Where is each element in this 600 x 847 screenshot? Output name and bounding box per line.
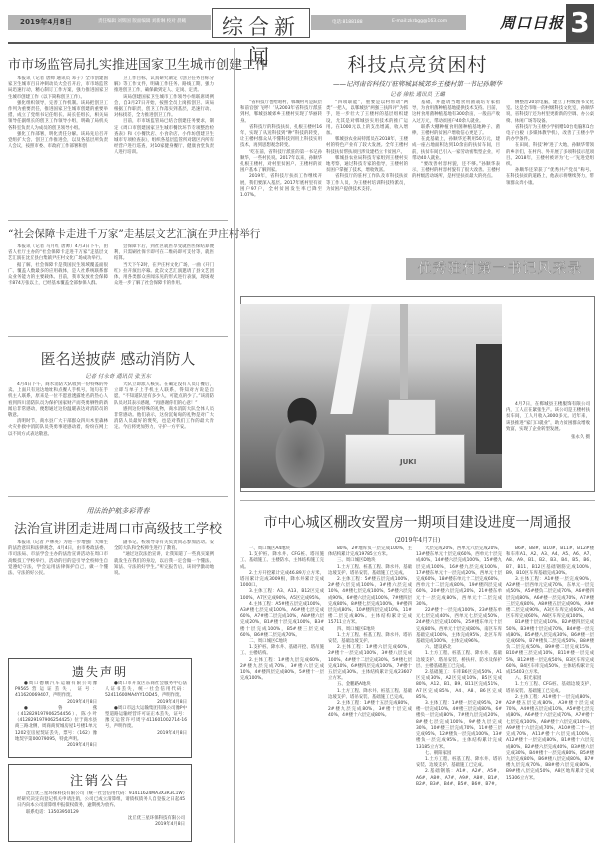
paragraph: 1.土方工程、桩基工程、降水井、基础边坡支护、塔吊安装、桥扶杆、防水及保护层、主… [416,651,502,670]
paragraph: 3.主体工程：1#楼一层完成95%，2#楼一层完成10%，4#楼三层完成80%，… [416,701,502,751]
contact-email: E-mail:zkrbgg@163.com [392,19,447,24]
notice-date: 2019年4月8日 [105,731,187,737]
paragraph: 4.主体工程：A5#楼五层完成100%，A3#楼七层完成100%，A6#楼七层完… [240,602,324,639]
notice-date: 2019年4月8日 [17,822,185,828]
divider [8,220,228,221]
photo-detail [330,304,371,414]
paragraph: 当天下午2时，在尹庄村文化广场，一曲《开门红》拉开演出序幕。此次文艺汇演邀请了县… [114,263,214,288]
paragraph: 卫工作目标，认真研究制定《创卫任务目标分解》等工作文件，明确工作任务、路线工期，… [114,76,214,95]
paragraph: 强化工作部署，明化责任分解。该局先后召开党组扩大会、创卫工作推进会，以及各基层所… [8,132,108,151]
column-banner-label: 优秀驻村第一书记风采录 [406,258,594,280]
paragraph: 郸城县农业局特派员在2018年，王楼村的特色产业有了较大发展。全年王楼村科技扶贫… [326,137,408,156]
article-body-fire-col2: 大队立即派人核实。在确定没有人员订餐后，立即与单子上手机主人联系，得知对方说是自… [114,382,214,490]
paragraph: 4月4日下午，商水消防大队收到一份特殊的外卖。上面只有送达地址和点餐人手机号，短… [8,382,108,419]
paragraph: 80%，2#地库负一层完成100%，主体结构累计完成19785立方米。 [328,546,412,558]
paragraph: 感到这份特殊的礼物，商水消防大队全体人员非常感动。他们表示，这份沉甸甸的礼物是对… [114,407,214,432]
article-title-law: 法治宣讲团走进周口市高级技工学校 [8,518,228,537]
paragraph: 1.土方工程、CFG桩、基础边坡支护、塔吊安装、基础施工已完成。 [506,682,594,694]
paragraph: 侧整治20余电脑，建立了村级图书文化室。这是全市唯一的村级科技文化室，孙顺华说，… [506,100,594,125]
paragraph: 3.主体工程：A3、A13、B12区完成100%，A7区完成90%，A5区完成9… [240,589,324,601]
paragraph: 2.基础施工：车库B6区完成50%，A1区完成30%，A2区完成10%，B5区完… [416,670,502,701]
paragraph: 副书记、校领导等有关负责同志参加活动。安全防大队和全校师生进行了教育。 [114,540,214,552]
paragraph: 在田间，科技‘种’进了大地，孙顺华带领的乡亲们，在村内、外开展了多项科技示范项目… [506,143,594,168]
paragraph: B6#、B8#、B10#、B11#、B12#楼和车库A1、A2、A3、A4、A5… [506,546,594,577]
paragraph: 1.支护桩、降水井、基础开挖、塔吊施工、主楼结构。 [240,645,324,657]
paragraph: ‘吃在前，省科技厅派驻的第一书记孙顺华，一些村民说。2017年以来，孙顺华扎根王… [240,150,322,175]
paragraph: B1#楼十层完成10%，B2#楼四层完成50%，B3#楼十层完成70%，B4#楼… [506,620,594,676]
paragraph: 联系大棚种植食用菌种植基地种子、菌棒，王楼村的贫困户增收信心更足了。 [412,125,500,137]
paragraph: 省科技厅为王楼小学捐赠10台电脑和1台电子白板（多媒体教学机），改善了王楼小学的… [506,125,594,144]
caption-text: 4月7日，在郸城县王楼服饰有限公司内，工人正在紧张生产。该公司是王楼村扶贫车间，… [506,402,590,433]
paragraph: 强化组织领导，完善工作机制。该局把创卫工作列为重要责任，推进国家卫生城市创建的重… [8,101,108,132]
paragraph: “四项职能”，重要是以村带动“两类”一把人，以郸城县“两强三扶四评”为抓手，进一… [326,100,408,137]
article-body-fire-col1: 4月4日下午，商水消防大队收到一份特殊的外卖。上面只有送达地址和点餐人手机号，短… [8,382,108,490]
cancellation-notice-box: 注销公告 沈丘优三星环保科技有限公司（统一社会信用代码：91411624MA3X… [8,764,192,842]
lost-notice-title: 遗失声明 [9,663,191,680]
paragraph: 1.土方工程、桩基工程、降水井、塔吊安装、基础边坡支护。 [328,633,412,645]
paragraph: 在此基础上，孙顺华还利用50万元，建成一座占地面积达到10余亩的扶贫车间，目前，… [412,137,500,162]
section-title-box: 综合新闻 [212,8,310,38]
paragraph: 2.主体工程：1#楼六层完成60%，2#楼十一层完成100%，3#楼八层完成10… [328,645,412,682]
paragraph: 清明时节，商水县广大干部群众四川木里森林火灾扑救中消防队员英勇事迹感动着，纷纷在… [8,419,108,438]
paragraph: 目前，市市场监管局已结合创建任务要求，制定《周口市创建国家卫生城市餐饮环节专项整… [114,119,214,156]
notice-date: 2019年4月8日 [15,743,97,749]
article-body-market-col1: 本报讯（记者 唐帅 通讯员 邓子）全市创建国家卫生城市百日冲刺动员大会召开后，市… [8,76,108,212]
notice-item: ●周口德顺汽车运输有限公司豫P9565营运证丢失，证号：411620069407… [15,681,97,700]
photo-credit: 张永久 摄 [506,435,590,441]
article-title-fire: 匿名送披萨 感动消防人 [8,348,228,369]
cancellation-notice-title: 注销公告 [9,770,191,789]
article-subtitle-science: ——记河南省科技厅驻郸城县城郊乡王楼村第一书记孙顺华 [240,79,595,88]
paragraph: 省科技厅的驻村工作队及市科技扶贫等工作人员，为王楼村培训科技特派员，为贫困户提供… [326,174,408,193]
divider [240,500,595,501]
paragraph: 1.土方工程、桩基工程、降水井、塔吊安装、边坡支护、基础施工已完成。 [416,757,502,769]
article-body-social-card-col1: 本报讯（记者 马月红 唐帅）4月3日下午，由省人社厅主办的“社会保障卡走进千万家… [8,244,108,330]
article-body-shantytown-col3: 大层完成20%，西单元六层完成20%，13#楼东单元十层完成60%，西单元十层完… [416,546,502,844]
paragraph: 1.土方工程、降水井、桩基工程、基础边坡支护、塔吊安装、基础施工已完成。 [328,689,412,701]
paragraph: 该局创建国家卫生城市工作领导小组联席周例会，自3月27日开始，按照全员上岗抓创卫… [114,95,214,120]
paragraph: 大队立即派人核实。在确定没有人员订餐后，立即与单子上手机主人联系，得知对方说是自… [114,382,214,407]
article-title-market: 市市场监管局扎实推进国家卫生城市创建工作 [8,54,228,73]
article-body-science-col4: 侧整治20余电脑，建立了村级图书文化室。这是全市唯一的村级科技文化室，孙顺华说，… [506,100,594,252]
paragraph: 基础，并邀请当地食用菌栽培专家指导，为食用菌种植基地提供技术支持。目前，这村食用… [412,100,500,125]
masthead-rule [8,42,594,44]
paragraph: 1.土方工程、桩基工程、降水井、基础边坡支护、塔吊安装、基础施工已完成。 [328,565,412,577]
lost-notice-col2: ●周口市开发区东商社会服务中心法人证书丢失，统一社会信用代码：52411600M… [105,681,187,755]
paragraph: 本报讯（记者 马月红 唐帅）4月3日下午，由省人社厅主办的“社会保障卡走进千万家… [8,244,108,263]
contact-phone: 电话:8188188 [332,19,363,25]
photo-detail [476,344,502,454]
paragraph: 2.基础钢筋：A1#、A2#、A5#、A6#、A8#、A7#、A9#、A8#、B… [416,769,502,788]
article-body-law-col1: 本报讯（记者 卢林英）为进一步增强广大师生的法治意识和法律观念，4月4日，由市委… [8,540,108,648]
paragraph: “要改善村容村貌，还不够。”孙顺华表示，王楼村的村容村貌有了很大改善。王楼村的村… [412,162,500,181]
notice-text: 沈丘优三星环保科技有限公司（统一社会信用代码：91411624MA3X3R3C1… [17,791,185,810]
cancellation-notice-body: 沈丘优三星环保科技有限公司（统一社会信用代码：91411624MA3X3R3C1… [17,791,185,841]
divider [8,336,228,337]
notice-item: ●周口市远大运输集团有限公司豫P中型道路运输经营许可证正本丢失，证号：豫交运管许… [105,706,187,731]
article-title-shantytown: 市中心城区棚改安置房一期项目建设进度一周通报 [240,512,595,532]
paragraph: 本报讯（记者 唐帅 通讯员 邓子）全市创建国家卫生城市百日冲刺动员大会召开后，市… [8,76,108,101]
lost-notice-col1: ●周口德顺汽车运输有限公司豫P9565营运证丢失，证号：411620069407… [15,681,97,755]
paragraph: 大层完成20%，西单元六层完成20%，13#楼东单元十层完成60%，西单元十层完… [416,546,502,608]
article-body-science-col1: “省科技厅也给咱村，郸城村可是跃层和前官强‘飞呼！’从2003年省科技厅派驻到村… [240,100,322,282]
notice-item: ●鲁燕（412829197906254456）、陈小叶（412829197906… [15,706,97,743]
article-title-social-card: “社会保障卡走进千万家”走基层文艺汇演在尹庄村举行 [8,226,228,241]
article-date-shantytown: (2019年4月7日) [240,535,595,544]
paragraph: 2.主体工程：5#楼五层完成100%，2#楼六层完成100%，3#楼六层完成10… [328,577,412,627]
article-body-science-col2: “四项职能”，重要是以村带动“两类”一把人，以郸城县“两强三扶四评”为抓手，进一… [326,100,408,282]
article-body-social-card-col2: 会保障卡后，到社区就医享受就医医保结算便利，只需刷社保卡即可在二维码即可支付等，… [114,244,214,330]
page-number: 3 [566,4,594,42]
paragraph: 郸城县农业局科技专家组到王楼村实地考察，通过科技专家的指导，王楼村的贫困户掌握了… [326,156,408,175]
paragraph: 3.主体工程：A1#楼一层完成90%，A2#楼一层西单元完成70%，东单元一层完… [506,577,594,620]
news-photo-sewing-worker: JUKI [240,304,502,488]
newspaper-logo: 周口日报 [500,12,564,33]
paragraph: 孙顺华还荣获了“优秀共产党员”称号。在科技扶贫的道路上，他表示将继续努力，带领群… [506,168,594,187]
article-title-science: 科技点亮贫困村 [240,50,595,77]
article-body-law-col2: 副书记、校领导等有关负责同志参加活动。安全防大队和全校师生进行了教育。 “通过这… [114,540,214,648]
masthead: 2019年4月8日 责任编辑 刘辉国 版面编辑 刘新琳 校对 晨曦 综合新闻 电… [0,0,600,48]
photo-detail [240,334,502,336]
paragraph: 1.支护桩、降水井、CFG桩、塔吊施工、基础施工、主楼防水，主体结构施工完成。 [240,552,324,571]
article-body-shantytown-col1: 一、周口城区A4地块 1.支护桩、降水井、CFG桩、塔吊施工、基础施工、主楼防水… [240,546,324,844]
issue-date: 2019年4月8日 [20,17,72,27]
paragraph: 省科技厅的科技扶贫，扎根王楼村16年，实现了从送科技到“种”科技的转变，让王楼村… [240,125,322,150]
paragraph: 会保障卡后，到社区就医享受就医医保结算便利，只需刷社保卡即可在二维码即可支付等，… [114,244,214,263]
paragraph: 2.主体工程：1#楼十五层完成80%，2#楼九层完成80%，3#楼十层完成40%… [328,701,412,720]
paragraph: 据了解，社会保障卡是我国民生领域覆盖面很广、覆盖人数最多的应用载体，是人社系统联… [8,263,108,288]
paragraph: “省科技厅也给咱村，郸城村可是跃层和前官强‘飞呼！’从2003年省科技厅派驻到村… [240,100,322,125]
photo-caption: 4月7日，在郸城县王楼服饰有限公司内，工人正在紧张生产。该公司是王楼村扶贫车间，… [506,402,590,441]
article-byline-science: 记者 徐松 通讯员 王璐 [240,90,595,98]
photo-detail [400,304,408,404]
article-body-science-col3: 基础，并邀请当地食用菌栽培专家指导，为食用菌种植基地提供技术支持。目前，这村食用… [412,100,500,252]
divider [8,496,228,497]
notice-item: ●周口市开发区东商社会服务中心法人证书丢失，统一社会信用代码：52411600M… [105,681,187,700]
paragraph: 2019年，省科技厅扶贫工作继续开展，我们要深入基层。2017年底村里有贫困户9… [240,174,322,199]
paragraph: 22#楼十一层完成100%，23#楼东单元七层完成40%，西单元七层完成50%，… [416,608,502,645]
article-body-shantytown-col4: B6#、B8#、B10#、B11#、B12#楼和车库A1、A2、A3、A4、A5… [506,546,594,844]
article-byline-fire: 记者 付永奇 通讯员 张玉东 [8,372,228,380]
column-banner: 优秀驻村第一书记风采录 [406,258,594,280]
editors-credit: 责任编辑 刘辉国 版面编辑 刘新琳 校对 晨曦 [98,18,186,24]
paragraph: 2.土方开挖累计完成46.89万立方米，塔吊累计完成3009根，降水井累计完成1… [240,571,324,590]
article-body-market-col2: 卫工作目标，认真研究制定《创卫任务目标分解》等工作文件，明确工作任务、路线工期，… [114,76,214,212]
machine-label: JUKI [400,458,416,466]
paragraph: “通过这次法治宣讲，让我知道了一些真实案例就发生在我们的身边，以后我一定会做一个… [114,552,214,577]
article-kicker-law: 用法治护航多彩青春 [8,506,228,516]
paragraph: 本报讯（记者 卢林英）为进一步增强广大师生的法治意识和法律观念，4月4日，由市委… [8,540,108,577]
paragraph: 2.主体工程：A1#楼十一层完成80%，A2#楼五层完成80%，A3#楼十层完成… [506,695,594,782]
article-body-shantytown-col2: 80%，2#地库负一层完成100%，主体结构累计完成19785立方米。 三、周口… [328,546,412,844]
paragraph: 2.主体工程：1#楼九层完成60%，2#楼九层完成70%，3#楼六层完成10%，… [240,658,324,683]
lost-notice-box: 遗失声明 ●周口德顺汽车运输有限公司豫P9565营运证丢失，证号：4116200… [8,658,192,758]
column-divider [234,48,235,843]
